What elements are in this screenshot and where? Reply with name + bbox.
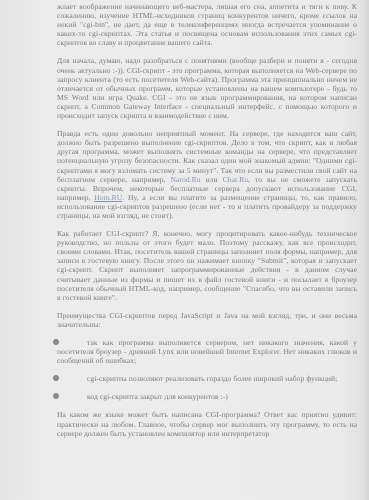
list-item: cgi-скрипты позволяют реализовать горазд… [57, 374, 357, 383]
paragraph-advantages: Преимущества CGI-скриптов перед JavaScri… [57, 311, 357, 329]
link-chat-ru[interactable]: Chat.Ru [223, 175, 248, 184]
paragraph-languages: На каком же языке может быть написана CG… [57, 410, 357, 437]
security-text-mid1: или [201, 175, 223, 184]
advantages-list: так как программа выполняется сервером, … [57, 338, 357, 401]
list-item-text: так как программа выполняется сервером, … [57, 338, 357, 365]
link-narod-ru[interactable]: Narod.Ru [171, 175, 201, 184]
bullet-icon [53, 339, 59, 345]
list-item-text: код cgi-скрипта закрыт для конкурентов :… [87, 392, 228, 401]
paragraph-how-it-works: Как работает CGI-скрипт? Я, конечно, мог… [57, 229, 357, 302]
scanned-document-page: жлает воображение начинающего веб-мастер… [0, 0, 369, 500]
paragraph-security: Правда есть один довольно неприятный мом… [57, 129, 357, 220]
paragraph-intro: жлает воображение начинающего веб-мастер… [57, 2, 357, 47]
list-item: код cgi-скрипта закрыт для конкурентов :… [57, 392, 357, 401]
paragraph-definitions: Для начала, думаю, надо разобраться с по… [57, 56, 357, 120]
article-column: жлает воображение начинающего веб-мастер… [57, 2, 357, 447]
link-hom-ru[interactable]: Hom.RU [94, 193, 122, 202]
list-item-text: cgi-скрипты позволяют реализовать горазд… [87, 374, 337, 383]
list-item: так как программа выполняется сервером, … [57, 338, 357, 365]
